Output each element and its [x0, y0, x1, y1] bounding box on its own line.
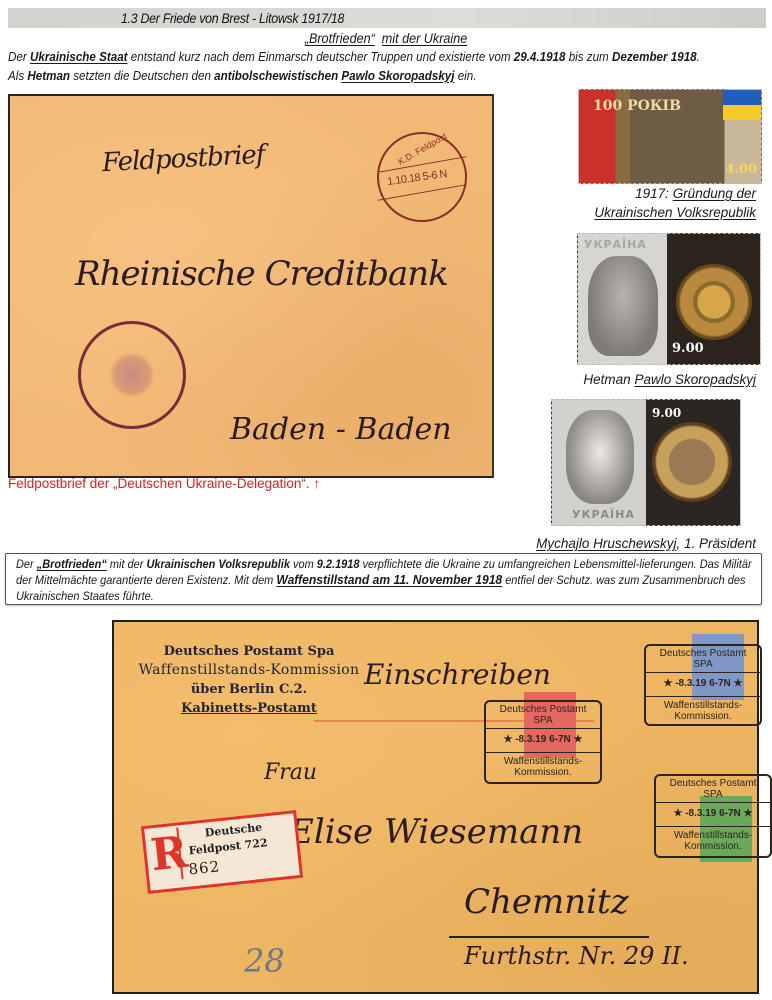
spa-cancel: Deutsches Postamt SPA ★ -8.3.19 6-7N ★ W… — [654, 774, 772, 858]
registered-envelope-spa: Deutsches Postamt Spa Waffenstillstands-… — [112, 620, 759, 994]
feldpost-envelope: Feldpostbrief Rheinische Creditbank Bade… — [8, 94, 494, 478]
handwriting-frau: Frau — [264, 760, 317, 785]
stamp-skoropadskyj: УКРАЇНА 9.00 — [577, 233, 761, 365]
portrait-image — [588, 256, 658, 356]
subtitle-ukraine: mit der Ukraine — [382, 30, 467, 46]
section-title-band: 1.3 Der Friede von Brest - Litowsk 1917/… — [8, 8, 766, 28]
handwriting-einschreiben: Einschreiben — [364, 658, 551, 691]
stamp3-caption: Mychajlo Hruschewskyj, 1. Präsident — [536, 536, 756, 551]
pencil-note: 28 — [244, 942, 285, 980]
intro-paragraph: Der Ukrainische Staat entstand kurz nach… — [8, 48, 715, 86]
portrait-image — [566, 410, 634, 504]
section-title: 1.3 Der Friede von Brest - Litowsk 1917/… — [121, 8, 344, 28]
stamp1-caption: 1917: Gründung der Ukrainischen Volksrep… — [556, 184, 756, 222]
seal-coin-image — [652, 422, 732, 502]
stamp-hruschewskyj: УКРАЇНА 9.00 — [551, 399, 741, 526]
subtitle: „Brotfrieden“ mit der Ukraine — [39, 30, 734, 46]
delegation-seal — [78, 321, 186, 429]
handwriting-addressee: Rheinische Creditbank — [75, 254, 448, 294]
stamp2-caption: Hetman Pawlo Skoropadskyj — [583, 372, 756, 387]
address-underline — [449, 936, 649, 938]
handwriting-feldpostbrief: Feldpostbrief — [101, 140, 265, 178]
seal-coin-image — [676, 264, 752, 340]
registration-label: R Deutsche Feldpost 722 862 — [141, 810, 303, 894]
handwriting-city: Chemnitz — [464, 882, 629, 922]
subtitle-brotfrieden: „Brotfrieden“ — [305, 30, 375, 46]
ukraine-flag-icon — [723, 90, 761, 120]
sender-imprint: Deutsches Postamt Spa Waffenstillstands-… — [114, 642, 384, 718]
brotfrieden-textbox: Der „Brotfrieden“ mit der Ukrainischen V… — [5, 553, 762, 605]
spa-cancel: Deutsches Postamt SPA ★ -8.3.19 6-7N ★ W… — [484, 700, 602, 784]
handwriting-name: Elise Wiesemann — [289, 812, 583, 852]
handwriting-city: Baden - Baden — [230, 412, 452, 447]
eagle-emblem-icon — [109, 352, 155, 398]
feldpost-postmark: K.D. Feldpost 1.10.18 5-6 N — [377, 132, 467, 222]
handwriting-street: Furthstr. Nr. 29 II. — [464, 942, 689, 970]
spa-cancel: Deutsches Postamt SPA ★ -8.3.19 6-7N ★ W… — [644, 644, 762, 726]
stamp-1917-republic: 100 РОКІВ 4.00 — [578, 89, 762, 184]
envelope1-caption: Feldpostbrief der „Deutschen Ukraine-Del… — [8, 476, 320, 491]
